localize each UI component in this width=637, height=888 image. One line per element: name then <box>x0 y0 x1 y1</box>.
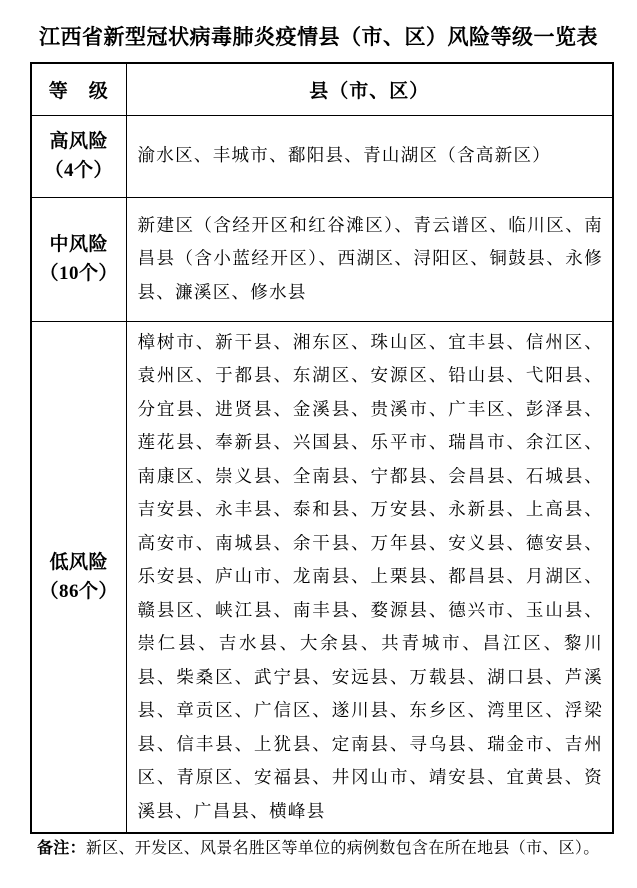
level-label-low-risk: 低风险 <box>33 548 125 577</box>
page: 江西省新型冠状病毒肺炎疫情县（市、区）风险等级一览表 等 级 县（市、区） 高风… <box>0 0 637 51</box>
level-count-low-risk: （86个） <box>33 577 125 606</box>
table-row-high-risk: 高风险 （4个） 渝水区、丰城市、鄱阳县、青山湖区（含高新区） <box>31 115 613 197</box>
table-row-medium-risk: 中风险 （10个） 新建区（含经开区和红谷滩区）、青云谱区、临川区、南昌县（含小… <box>31 197 613 321</box>
footnote-text: 新区、开发区、风景名胜区等单位的病例数包含在所在地县（市、区）。 <box>86 840 600 857</box>
table-header-row: 等 级 县（市、区） <box>31 63 613 115</box>
column-header-regions: 县（市、区） <box>126 63 613 115</box>
regions-cell-medium-risk: 新建区（含经开区和红谷滩区）、青云谱区、临川区、南昌县（含小蓝经开区）、西湖区、… <box>126 197 613 321</box>
level-cell-low-risk: 低风险 （86个） <box>31 321 126 833</box>
level-count-medium-risk: （10个） <box>33 259 125 288</box>
risk-level-table: 等 级 县（市、区） 高风险 （4个） 渝水区、丰城市、鄱阳县、青山湖区（含高新… <box>30 62 614 834</box>
regions-cell-low-risk: 樟树市、新干县、湘东区、珠山区、宜丰县、信州区、袁州区、于都县、东湖区、安源区、… <box>126 321 613 833</box>
level-count-high-risk: （4个） <box>33 156 125 185</box>
page-title: 江西省新型冠状病毒肺炎疫情县（市、区）风险等级一览表 <box>0 0 637 51</box>
level-label-medium-risk: 中风险 <box>33 230 125 259</box>
footnote: 备注：新区、开发区、风景名胜区等单位的病例数包含在所在地县（市、区）。 <box>37 835 612 858</box>
level-label-high-risk: 高风险 <box>33 127 125 156</box>
level-cell-high-risk: 高风险 （4个） <box>31 115 126 197</box>
regions-cell-high-risk: 渝水区、丰城市、鄱阳县、青山湖区（含高新区） <box>126 115 613 197</box>
column-header-level: 等 级 <box>31 63 126 115</box>
level-cell-medium-risk: 中风险 （10个） <box>31 197 126 321</box>
table-row-low-risk: 低风险 （86个） 樟树市、新干县、湘东区、珠山区、宜丰县、信州区、袁州区、于都… <box>31 321 613 833</box>
footnote-label: 备注： <box>37 840 86 857</box>
